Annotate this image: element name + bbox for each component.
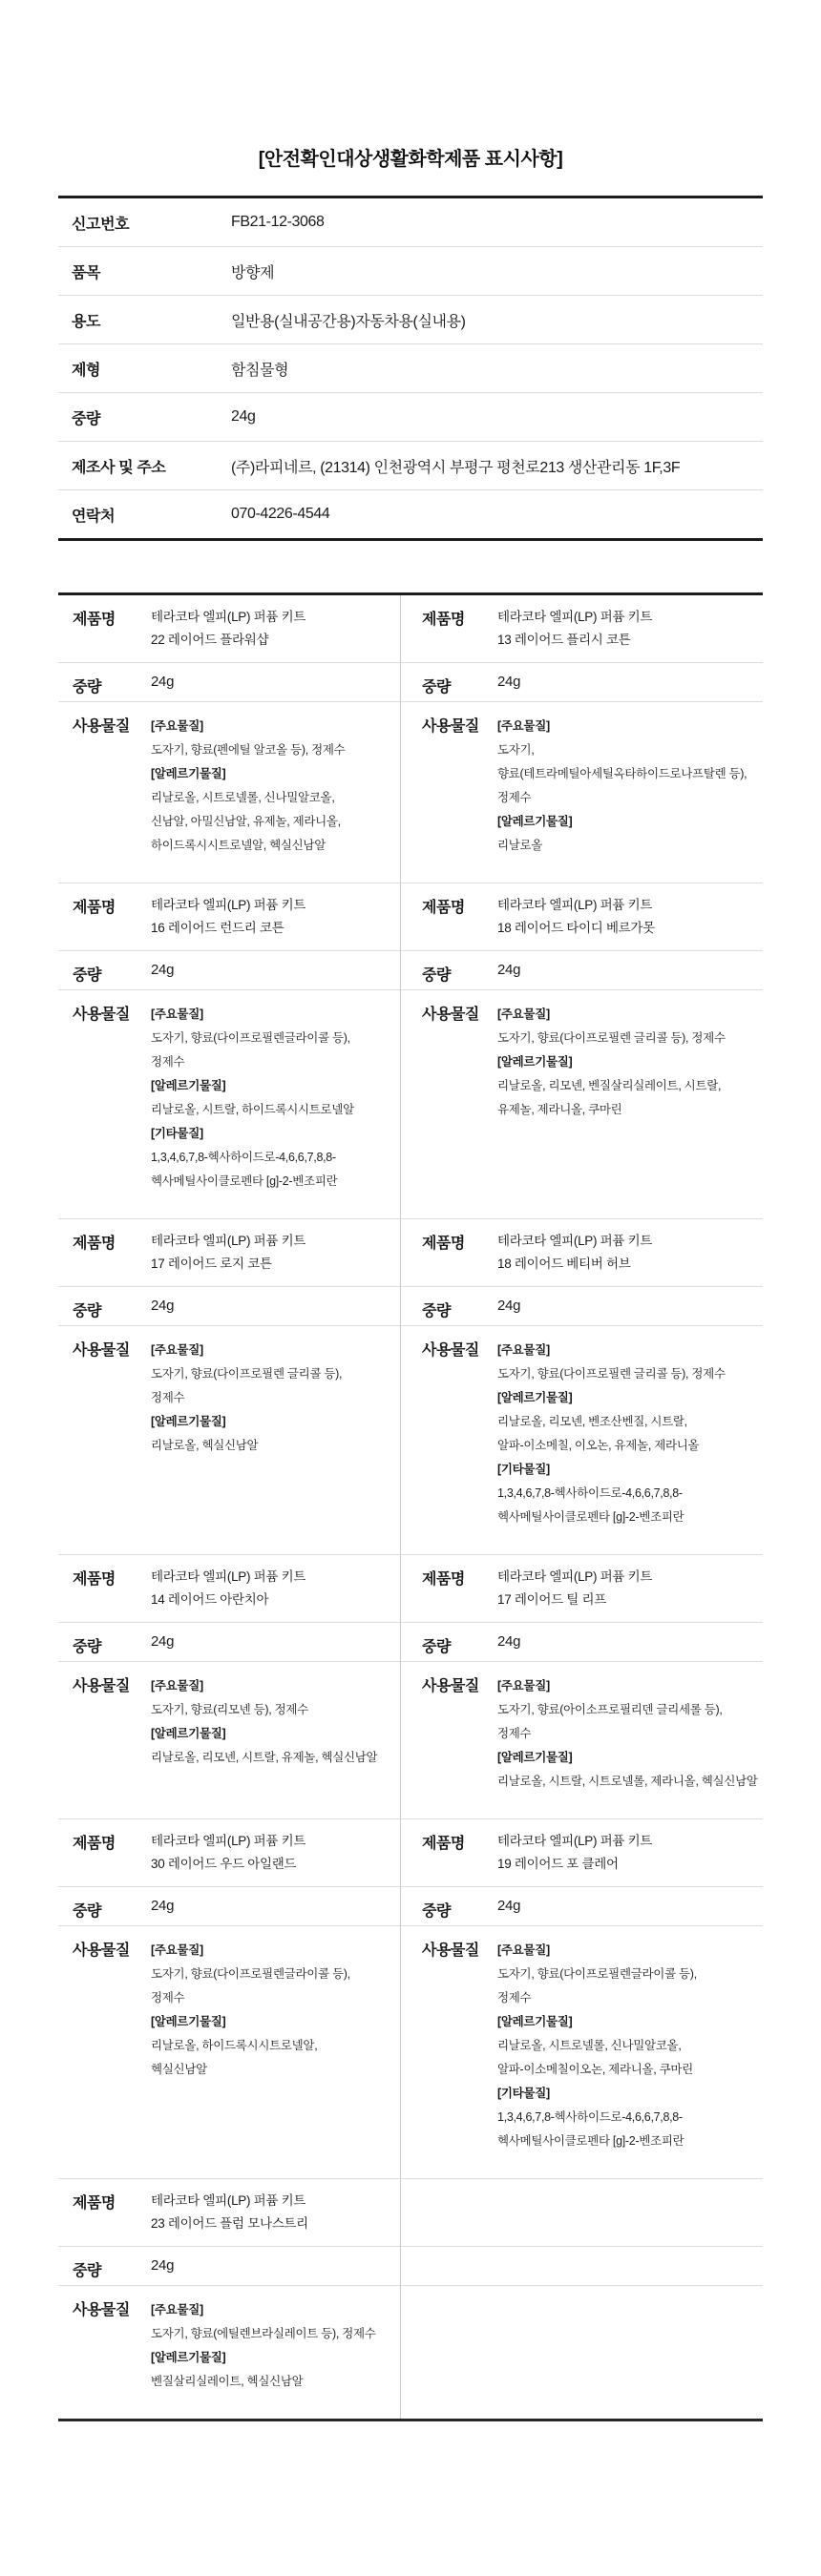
info-value: 함침물형 xyxy=(231,358,763,380)
materials-value: [주요물질]도자기, 향료(아이소프로필리덴 글리세롤 등),정제수[알레르기물… xyxy=(497,1661,763,1818)
materials-line: [알레르기물질] xyxy=(497,810,759,834)
product-name-label: 제품명 xyxy=(400,595,497,662)
weight-value: 24g xyxy=(151,950,400,989)
materials-line: 리날로올, 시트랄, 시트로넬롤, 제라니올, 헥실신남알 xyxy=(497,1770,759,1794)
materials-line: 하이드록시시트로넬알, 헥실신남알 xyxy=(151,834,396,858)
document-sheet: 신고번호 FB21-12-3068 품목 방향제 용도 일반용(실내공간용)자동… xyxy=(58,196,763,2421)
product-name-value: 테라코타 엘피(LP) 퍼퓸 키트 22 레이어드 플라워샵 xyxy=(151,595,400,662)
info-label: 신고번호 xyxy=(58,212,231,234)
materials-value: [주요물질]도자기, 향료(에틸렌브라실레이트 등), 정제수[알레르기물질]벤… xyxy=(151,2285,400,2419)
materials-value: [주요물질]도자기, 향료(다이프로필렌글라이콜 등),정제수[알레르기물질]리… xyxy=(151,989,400,1218)
materials-line: [알레르기물질] xyxy=(497,1050,759,1074)
materials-line: 리날로올, 리모넨, 벤질살리실레이트, 시트랄, xyxy=(497,1074,759,1098)
materials-line: [주요물질] xyxy=(497,1939,759,1963)
product-name-label: 제품명 xyxy=(400,1219,497,1286)
materials-line: 리날로올, 리모넨, 시트랄, 유제놀, 헥실신남알 xyxy=(151,1746,396,1770)
weight-value: 24g xyxy=(497,1622,763,1661)
product-row: 제품명 테라코타 엘피(LP) 퍼퓸 키트 23 레이어드 플럼 모나스트리 중… xyxy=(58,2178,763,2419)
product-name-line2: 18 레이어드 베티버 허브 xyxy=(497,1253,755,1276)
info-row-item-type: 품목 방향제 xyxy=(58,246,763,295)
materials-line: [기타물질] xyxy=(497,1458,759,1482)
info-label: 품목 xyxy=(58,260,231,282)
weight-label: 중량 xyxy=(400,1622,497,1661)
product-name-label: 제품명 xyxy=(400,883,497,950)
product-row: 제품명 테라코타 엘피(LP) 퍼퓸 키트 22 레이어드 플라워샵 제품명 테… xyxy=(58,595,763,883)
materials-label: 사용물질 xyxy=(58,701,151,883)
weight-value: 24g xyxy=(151,1886,400,1925)
product-name-value: 테라코타 엘피(LP) 퍼퓸 키트 18 레이어드 베티버 허브 xyxy=(497,1219,763,1286)
materials-value: [주요물질]도자기, 향료(다이프로필렌 글리콜 등),정제수[알레르기물질]리… xyxy=(151,1325,400,1554)
materials-line: 도자기, 향료(에틸렌브라실레이트 등), 정제수 xyxy=(151,2322,396,2346)
product-name-line1: 테라코타 엘피(LP) 퍼퓸 키트 xyxy=(497,606,755,629)
materials-line: 도자기, 향료(리모넨 등), 정제수 xyxy=(151,1698,396,1722)
materials-label: 사용물질 xyxy=(400,701,497,883)
materials-line: [알레르기물질] xyxy=(151,2346,396,2370)
product-name-line2: 22 레이어드 플라워샵 xyxy=(151,629,392,652)
materials-line: 리날로올 xyxy=(497,834,759,858)
materials-line: 도자기, 향료(다이프로필렌 글리콜 등), 정제수 xyxy=(497,1362,759,1386)
materials-value: [주요물질]도자기, 향료(펜에틸 알코올 등), 정제수[알레르기물질]리날로… xyxy=(151,701,400,883)
materials-line: [기타물질] xyxy=(151,1122,396,1146)
materials-line: 정제수 xyxy=(497,786,759,810)
materials-line: 도자기, 향료(다이프로필렌글라이콜 등), xyxy=(151,1963,396,1986)
info-value: (주)라피네르, (21314) 인천광역시 부평구 평천로213 생산관리동 … xyxy=(231,455,763,477)
product-name-label: 제품명 xyxy=(58,1819,151,1886)
materials-label: 사용물질 xyxy=(58,1925,151,2178)
materials-label: 사용물질 xyxy=(400,989,497,1218)
info-row-form: 제형 함침물형 xyxy=(58,343,763,392)
info-value: 24g xyxy=(231,408,763,426)
materials-label: 사용물질 xyxy=(58,989,151,1218)
product-name-value: 테라코타 엘피(LP) 퍼퓸 키트 30 레이어드 우드 아일랜드 xyxy=(151,1819,400,1886)
materials-line: 리날로올, 시트로넬롤, 신나밀알코올, xyxy=(151,786,396,810)
materials-line: 도자기, 향료(아이소프로필리덴 글리세롤 등), xyxy=(497,1698,759,1722)
product-name-line2: 30 레이어드 우드 아일랜드 xyxy=(151,1853,392,1876)
materials-line: 헥사메틸사이클로펜타 [g]-2-벤조피란 xyxy=(497,2129,759,2153)
product-name-line1: 테라코타 엘피(LP) 퍼퓸 키트 xyxy=(497,1230,755,1253)
product-name-value: 테라코타 엘피(LP) 퍼퓸 키트 18 레이어드 타이디 베르가못 xyxy=(497,883,763,950)
materials-label: 사용물질 xyxy=(400,1661,497,1818)
materials-line: 향료(테트라메틸아세틸옥타하이드로나프탈렌 등), xyxy=(497,762,759,786)
materials-value: [주요물질]도자기, 향료(리모넨 등), 정제수[알레르기물질]리날로올, 리… xyxy=(151,1661,400,1818)
info-value: 070-4226-4544 xyxy=(231,506,763,523)
product-name-line1: 테라코타 엘피(LP) 퍼퓸 키트 xyxy=(151,894,392,917)
weight-label: 중량 xyxy=(400,950,497,989)
info-row-report-number: 신고번호 FB21-12-3068 xyxy=(58,198,763,246)
materials-label: 사용물질 xyxy=(58,1325,151,1554)
weight-value xyxy=(497,2246,763,2285)
materials-line: 정제수 xyxy=(151,1986,396,2010)
weight-value: 24g xyxy=(497,1286,763,1325)
info-value: 일반용(실내공간용)자동차용(실내용) xyxy=(231,309,763,331)
product-name-line1: 테라코타 엘피(LP) 퍼퓸 키트 xyxy=(151,2190,392,2212)
materials-line: 도자기, 향료(다이프로필렌 글리콜 등), xyxy=(151,1362,396,1386)
materials-value: [주요물질]도자기, 향료(다이프로필렌 글리콜 등), 정제수[알레르기물질]… xyxy=(497,1325,763,1554)
info-label: 연락처 xyxy=(58,504,231,526)
product-table: 제품명 테라코타 엘피(LP) 퍼퓸 키트 22 레이어드 플라워샵 제품명 테… xyxy=(58,592,763,2421)
weight-label: 중량 xyxy=(58,1622,151,1661)
materials-line: 알파-이소메칠, 이오논, 유제놀, 제라니올 xyxy=(497,1434,759,1458)
weight-label xyxy=(400,2246,497,2285)
info-label: 제형 xyxy=(58,358,231,380)
materials-line: [알레르기물질] xyxy=(497,2010,759,2034)
weight-value: 24g xyxy=(497,950,763,989)
materials-line: [주요물질] xyxy=(497,715,759,738)
materials-line: [주요물질] xyxy=(151,1939,396,1963)
weight-label: 중량 xyxy=(400,662,497,701)
materials-line: [알레르기물질] xyxy=(151,1722,396,1746)
materials-line: 벤질살리실레이트, 헥실신남알 xyxy=(151,2370,396,2394)
materials-line: 리날로올, 시트로넬롤, 신나밀알코올, xyxy=(497,2034,759,2058)
product-name-line2: 16 레이어드 런드리 코튼 xyxy=(151,917,392,940)
materials-line: [주요물질] xyxy=(497,1674,759,1698)
materials-line: 리날로올, 리모넨, 벤조산벤질, 시트랄, xyxy=(497,1410,759,1434)
materials-line: [주요물질] xyxy=(151,715,396,738)
materials-line: [알레르기물질] xyxy=(497,1746,759,1770)
weight-value: 24g xyxy=(497,1886,763,1925)
materials-value: [주요물질]도자기,향료(테트라메틸아세틸옥타하이드로나프탈렌 등),정제수[알… xyxy=(497,701,763,883)
product-name-line1: 테라코타 엘피(LP) 퍼퓸 키트 xyxy=(497,1830,755,1853)
materials-line: 정제수 xyxy=(151,1050,396,1074)
product-name-label: 제품명 xyxy=(58,2179,151,2246)
materials-line: 도자기, 향료(다이프로필렌글라이콜 등), xyxy=(497,1963,759,1986)
product-name-value: 테라코타 엘피(LP) 퍼퓸 키트 23 레이어드 플럼 모나스트리 xyxy=(151,2179,400,2246)
product-name-line1: 테라코타 엘피(LP) 퍼퓸 키트 xyxy=(497,1566,755,1589)
materials-value xyxy=(497,2285,763,2419)
info-row-usage: 용도 일반용(실내공간용)자동차용(실내용) xyxy=(58,295,763,343)
product-name-label xyxy=(400,2179,497,2246)
product-name-label: 제품명 xyxy=(400,1819,497,1886)
weight-label: 중량 xyxy=(58,662,151,701)
materials-line: 도자기, 향료(다이프로필렌글라이콜 등), xyxy=(151,1027,396,1050)
materials-line: [알레르기물질] xyxy=(151,1074,396,1098)
weight-label: 중량 xyxy=(58,1886,151,1925)
info-value: FB21-12-3068 xyxy=(231,214,763,231)
materials-line: 정제수 xyxy=(497,1986,759,2010)
product-name-value: 테라코타 엘피(LP) 퍼퓸 키트 17 레이어드 로지 코튼 xyxy=(151,1219,400,1286)
materials-line: [알레르기물질] xyxy=(497,1386,759,1410)
materials-line: [주요물질] xyxy=(151,2298,396,2322)
weight-value: 24g xyxy=(497,662,763,701)
info-row-contact: 연락처 070-4226-4544 xyxy=(58,489,763,538)
info-table: 신고번호 FB21-12-3068 품목 방향제 용도 일반용(실내공간용)자동… xyxy=(58,196,763,541)
weight-label: 중량 xyxy=(58,950,151,989)
materials-line: 1,3,4,6,7,8-헥사하이드로-4,6,6,7,8,8- xyxy=(151,1146,396,1170)
product-name-value: 테라코타 엘피(LP) 퍼퓸 키트 14 레이어드 아란치아 xyxy=(151,1555,400,1622)
materials-line: 신남알, 아밀신남알, 유제놀, 제라니올, xyxy=(151,810,396,834)
materials-value: [주요물질]도자기, 향료(다이프로필렌글라이콜 등),정제수[알레르기물질]리… xyxy=(151,1925,400,2178)
product-name-line2: 17 레이어드 틸 리프 xyxy=(497,1589,755,1611)
materials-line: 정제수 xyxy=(151,1386,396,1410)
product-name-label: 제품명 xyxy=(58,1219,151,1286)
materials-line: 유제놀, 제라니올, 쿠마린 xyxy=(497,1098,759,1122)
product-row: 제품명 테라코타 엘피(LP) 퍼퓸 키트 17 레이어드 로지 코튼 제품명 … xyxy=(58,1218,763,1554)
product-name-label: 제품명 xyxy=(58,1555,151,1622)
product-name-label: 제품명 xyxy=(400,1555,497,1622)
info-row-manufacturer: 제조사 및 주소 (주)라피네르, (21314) 인천광역시 부평구 평천로2… xyxy=(58,441,763,489)
product-name-value: 테라코타 엘피(LP) 퍼퓸 키트 19 레이어드 포 클레어 xyxy=(497,1819,763,1886)
weight-label: 중량 xyxy=(400,1886,497,1925)
materials-line: [주요물질] xyxy=(151,1674,396,1698)
materials-value: [주요물질]도자기, 향료(다이프로필렌 글리콜 등), 정제수[알레르기물질]… xyxy=(497,989,763,1218)
product-name-line2: 13 레이어드 플리시 코튼 xyxy=(497,629,755,652)
product-name-value xyxy=(497,2179,763,2246)
materials-line: 1,3,4,6,7,8-헥사하이드로-4,6,6,7,8,8- xyxy=(497,1482,759,1506)
materials-line: 1,3,4,6,7,8-헥사하이드로-4,6,6,7,8,8- xyxy=(497,2106,759,2129)
page-title: [안전확인대상생활화학제품 표시사항] xyxy=(0,143,821,171)
weight-value: 24g xyxy=(151,1286,400,1325)
materials-label: 사용물질 xyxy=(400,1925,497,2178)
weight-label: 중량 xyxy=(400,1286,497,1325)
product-name-value: 테라코타 엘피(LP) 퍼퓸 키트 13 레이어드 플리시 코튼 xyxy=(497,595,763,662)
info-row-weight: 중량 24g xyxy=(58,392,763,441)
materials-line: 리날로올, 하이드록시시트로넬알, xyxy=(151,2034,396,2058)
product-name-line2: 19 레이어드 포 클레어 xyxy=(497,1853,755,1876)
info-label: 용도 xyxy=(58,309,231,331)
materials-line: 리날로올, 시트랄, 하이드록시시트로넬알 xyxy=(151,1098,396,1122)
product-name-value: 테라코타 엘피(LP) 퍼퓸 키트 16 레이어드 런드리 코튼 xyxy=(151,883,400,950)
weight-label: 중량 xyxy=(58,1286,151,1325)
materials-line: [알레르기물질] xyxy=(151,762,396,786)
materials-line: 알파-이소메칠이오논, 제라니올, 쿠마린 xyxy=(497,2058,759,2082)
product-name-line2: 23 레이어드 플럼 모나스트리 xyxy=(151,2212,392,2235)
weight-value: 24g xyxy=(151,1622,400,1661)
info-label: 제조사 및 주소 xyxy=(58,455,231,477)
weight-value: 24g xyxy=(151,2246,400,2285)
materials-line: 정제수 xyxy=(497,1722,759,1746)
materials-line: 도자기, xyxy=(497,738,759,762)
materials-label: 사용물질 xyxy=(400,1325,497,1554)
weight-value: 24g xyxy=(151,662,400,701)
product-name-label: 제품명 xyxy=(58,595,151,662)
materials-line: [주요물질] xyxy=(151,1339,396,1362)
product-name-label: 제품명 xyxy=(58,883,151,950)
materials-line: 헥사메틸사이클로펜타 [g]-2-벤조피란 xyxy=(497,1506,759,1529)
materials-label xyxy=(400,2285,497,2419)
product-row: 제품명 테라코타 엘피(LP) 퍼퓸 키트 16 레이어드 런드리 코튼 제품명… xyxy=(58,883,763,1218)
materials-line: [주요물질] xyxy=(497,1339,759,1362)
product-name-value: 테라코타 엘피(LP) 퍼퓸 키트 17 레이어드 틸 리프 xyxy=(497,1555,763,1622)
product-name-line2: 17 레이어드 로지 코튼 xyxy=(151,1253,392,1276)
product-name-line1: 테라코타 엘피(LP) 퍼퓸 키트 xyxy=(151,1230,392,1253)
product-row: 제품명 테라코타 엘피(LP) 퍼퓸 키트 14 레이어드 아란치아 제품명 테… xyxy=(58,1554,763,1818)
product-name-line1: 테라코타 엘피(LP) 퍼퓸 키트 xyxy=(497,894,755,917)
materials-line: 도자기, 향료(다이프로필렌 글리콜 등), 정제수 xyxy=(497,1027,759,1050)
product-name-line1: 테라코타 엘피(LP) 퍼퓸 키트 xyxy=(151,1830,392,1853)
materials-value: [주요물질]도자기, 향료(다이프로필렌글라이콜 등),정제수[알레르기물질]리… xyxy=(497,1925,763,2178)
materials-line: [알레르기물질] xyxy=(151,1410,396,1434)
product-name-line1: 테라코타 엘피(LP) 퍼퓸 키트 xyxy=(151,1566,392,1589)
product-name-line2: 18 레이어드 타이디 베르가못 xyxy=(497,917,755,940)
materials-line: 도자기, 향료(펜에틸 알코올 등), 정제수 xyxy=(151,738,396,762)
materials-line: [기타물질] xyxy=(497,2082,759,2106)
product-row: 제품명 테라코타 엘피(LP) 퍼퓸 키트 30 레이어드 우드 아일랜드 제품… xyxy=(58,1818,763,2178)
materials-line: 헥실신남알 xyxy=(151,2058,396,2082)
materials-line: 헥사메틸사이클로펜타 [g]-2-벤조피란 xyxy=(151,1170,396,1194)
materials-line: [주요물질] xyxy=(497,1003,759,1027)
materials-line: 리날로올, 헥실신남알 xyxy=(151,1434,396,1458)
product-name-line2: 14 레이어드 아란치아 xyxy=(151,1589,392,1611)
info-value: 방향제 xyxy=(231,260,763,282)
materials-line: [주요물질] xyxy=(151,1003,396,1027)
materials-label: 사용물질 xyxy=(58,1661,151,1818)
info-label: 중량 xyxy=(58,406,231,428)
product-name-line1: 테라코타 엘피(LP) 퍼퓸 키트 xyxy=(151,606,392,629)
materials-line: [알레르기물질] xyxy=(151,2010,396,2034)
materials-label: 사용물질 xyxy=(58,2285,151,2419)
weight-label: 중량 xyxy=(58,2246,151,2285)
